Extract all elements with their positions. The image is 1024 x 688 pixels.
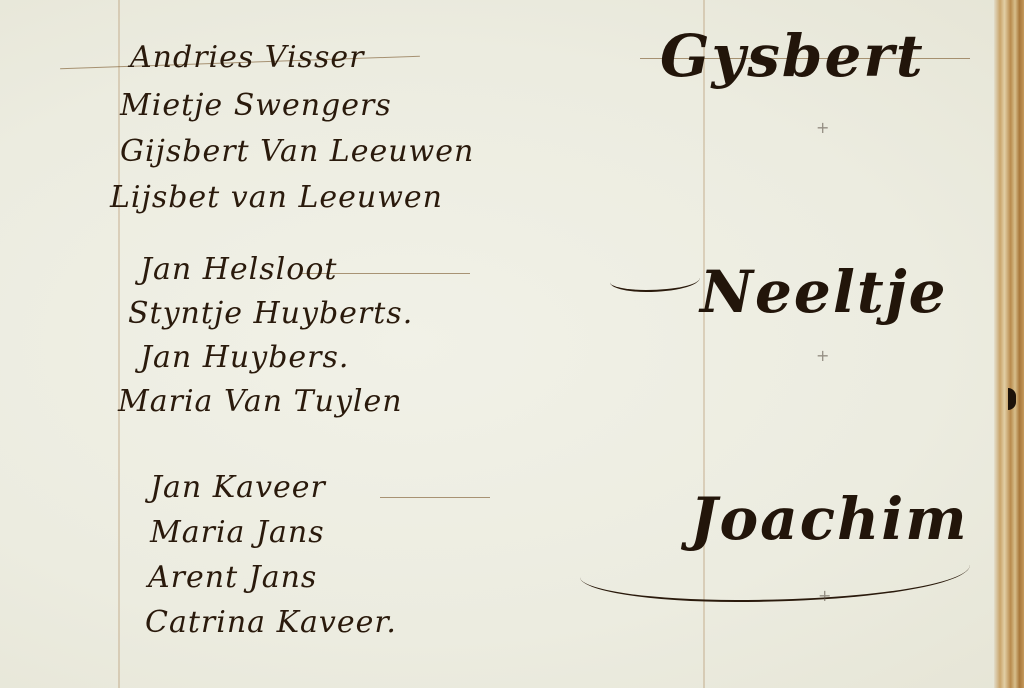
name-line: Maria Van Tuylen — [118, 384, 403, 419]
pencil-cross-mark: + — [818, 586, 831, 605]
name-line: Gijsbert Van Leeuwen — [120, 134, 474, 169]
name-line: Jan Huybers. — [140, 340, 349, 375]
name-line: Mietje Swengers — [120, 88, 392, 123]
name-line: Lijsbet van Leeuwen — [110, 180, 443, 215]
flourish — [610, 268, 700, 292]
child-name: Joachim — [690, 485, 969, 553]
pencil-cross-mark: + — [816, 346, 829, 365]
name-line: Styntje Huyberts. — [128, 296, 413, 331]
name-line: Jan Helsloot — [140, 252, 337, 287]
name-line: Arent Jans — [148, 560, 317, 595]
pencil-cross-mark: + — [816, 118, 829, 137]
book-binding-edge — [994, 0, 1024, 688]
name-line: Andries Visser — [130, 40, 364, 75]
child-name: Gysbert — [660, 22, 925, 90]
name-line: Jan Kaveer — [150, 470, 326, 505]
manuscript-page: Andries Visser Mietje Swengers Gijsbert … — [0, 0, 1024, 688]
child-name: Neeltje — [700, 258, 948, 326]
name-line: Catrina Kaveer. — [145, 605, 397, 640]
name-line: Maria Jans — [150, 515, 325, 550]
entry-separator-line — [380, 497, 490, 498]
